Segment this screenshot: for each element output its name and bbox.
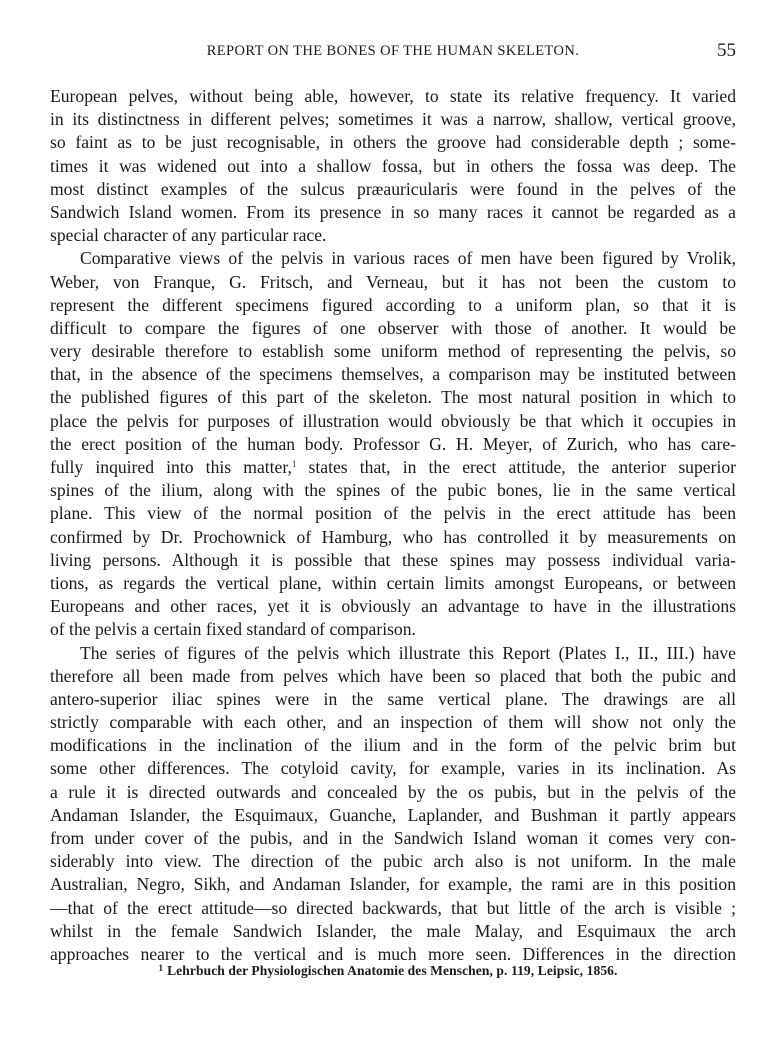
footnote: 1Lehrbuch der Physiologischen Anatomie d…	[0, 963, 776, 979]
text-line: Europeans and other races, yet it is obv…	[50, 595, 736, 618]
text-line: tions, as regards the vertical plane, wi…	[50, 572, 736, 595]
text-line: that, in the absence of the specimens th…	[50, 363, 736, 386]
paragraph-2: Comparative views of the pelvis in vario…	[50, 247, 736, 641]
text-line: modifications in the inclination of the …	[50, 734, 736, 757]
text-line: Weber, von Franque, G. Fritsch, and Vern…	[50, 271, 736, 294]
text-line: the published figures of this part of th…	[50, 386, 736, 409]
text-line: living persons. Although it is possible …	[50, 549, 736, 572]
text-line: Andaman Islander, the Esquimaux, Guanche…	[50, 804, 736, 827]
text-line: confirmed by Dr. Prochownick of Hamburg,…	[50, 526, 736, 549]
text-line: very desirable therefore to establish so…	[50, 340, 736, 363]
running-head: REPORT ON THE BONES OF THE HUMAN SKELETO…	[50, 40, 736, 64]
line-suffix: states that, in the erect attitude, the …	[296, 457, 736, 477]
text-line: The series of figures of the pelvis whic…	[50, 642, 736, 665]
text-line: some other differences. The cotyloid cav…	[50, 757, 736, 780]
text-line: strictly comparable with each other, and…	[50, 711, 736, 734]
text-line: place the pelvis for purposes of illustr…	[50, 410, 736, 433]
text-line: —that of the erect attitude—so directed …	[50, 897, 736, 920]
line-prefix: fully inquired into this matter,	[50, 457, 292, 477]
page-number: 55	[717, 40, 736, 62]
text-line-with-footnote-ref: fully inquired into this matter,1 states…	[50, 456, 736, 479]
paragraph-3: The series of figures of the pelvis whic…	[50, 642, 736, 967]
text-line: in its distinctness in different pelves;…	[50, 108, 736, 131]
text-line: times it was widened out into a shallow …	[50, 155, 736, 178]
text-line: Australian, Negro, Sikh, and Andaman Isl…	[50, 873, 736, 896]
text-line: special character of any particular race…	[50, 224, 736, 247]
text-line: the erect position of the human body. Pr…	[50, 433, 736, 456]
text-line: represent the different specimens figure…	[50, 294, 736, 317]
running-title: REPORT ON THE BONES OF THE HUMAN SKELETO…	[50, 43, 736, 60]
text-line: so faint as to be just recognisable, in …	[50, 131, 736, 154]
text-line: therefore all been made from pelves whic…	[50, 665, 736, 688]
text-line: difficult to compare the figures of one …	[50, 317, 736, 340]
text-line: plane. This view of the normal position …	[50, 502, 736, 525]
text-line: spines of the ilium, along with the spin…	[50, 479, 736, 502]
text-line: most distinct examples of the sulcus præ…	[50, 178, 736, 201]
footnote-marker: 1	[158, 963, 163, 973]
text-line: from under cover of the pubis, and in th…	[50, 827, 736, 850]
footnote-text: Lehrbuch der Physiologischen Anatomie de…	[167, 963, 617, 978]
text-line: Sandwich Island women. From its presence…	[50, 201, 736, 224]
text-line: siderably into view. The direction of th…	[50, 850, 736, 873]
text-line: a rule it is directed outwards and conce…	[50, 781, 736, 804]
text-line: Comparative views of the pelvis in vario…	[50, 247, 736, 270]
body-text: European pelves, without being able, how…	[50, 85, 736, 966]
text-line: of the pelvis a certain fixed standard o…	[50, 618, 736, 641]
text-line: antero-superior iliac spines were in the…	[50, 688, 736, 711]
text-line: whilst in the female Sandwich Islander, …	[50, 920, 736, 943]
paragraph-1: European pelves, without being able, how…	[50, 85, 736, 247]
text-line: European pelves, without being able, how…	[50, 85, 736, 108]
